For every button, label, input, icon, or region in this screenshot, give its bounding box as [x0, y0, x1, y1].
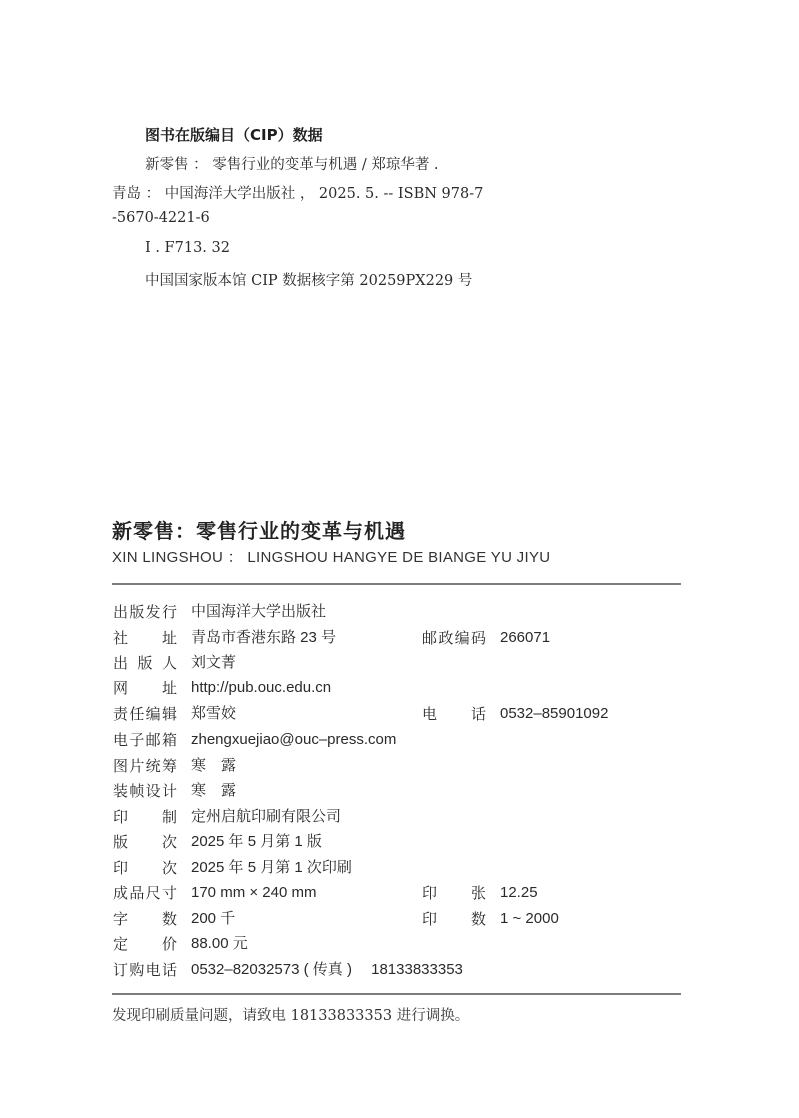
colophon-label: 出版人	[113, 652, 177, 674]
label-char: 次	[162, 831, 177, 853]
label-char: 子	[129, 729, 144, 751]
label-char: 数	[162, 908, 177, 930]
colophon-value: 88.00 元	[191, 933, 248, 955]
colophon-label: 图片统筹	[113, 755, 177, 777]
print-quality-note: 发现印刷质量问题，请致电 18133833353 进行调换。	[112, 1004, 469, 1025]
label-char: 编	[455, 627, 470, 649]
label-char: 印	[113, 857, 128, 879]
label-char: 品	[129, 882, 144, 904]
colophon-value: zhengxuejiao@ouc–press.com	[191, 729, 396, 751]
label-char: 任	[129, 703, 144, 725]
colophon-label: 版次	[113, 831, 177, 853]
label-char: 出	[113, 652, 128, 674]
colophon-label: 出版发行	[113, 601, 177, 623]
book-title-pinyin: XIN LINGSHOU ： LINGSHOU HANGYE DE BIANGE…	[112, 546, 550, 567]
colophon-right-value: 0532–85901092	[500, 703, 608, 725]
label-char: 电	[113, 729, 128, 751]
colophon-value: 0532–82032573 ( 传真 ) 18133833353	[191, 959, 463, 981]
colophon-value: 刘文菁	[191, 652, 236, 674]
label-char: 址	[162, 627, 177, 649]
colophon-value: 2025 年 5 月第 1 版	[191, 831, 322, 853]
divider-bottom	[112, 993, 681, 995]
colophon-value: 200 千	[191, 908, 235, 930]
colophon-value: 青岛市香港东路 23 号	[191, 627, 336, 649]
label-char: 版	[137, 652, 152, 674]
label-char: 政	[438, 627, 453, 649]
cip-line-record-number: 中国国家版本馆 CIP 数据核字第 20259PX229 号	[145, 269, 472, 290]
colophon-label: 印制	[113, 806, 177, 828]
cip-line-title-author: 新零售 ： 零售行业的变革与机遇 / 郑琼华著 .	[145, 153, 439, 174]
cip-line-publisher: 青岛 ： 中国海洋大学出版社 ， 2025. 5. -- ISBN 978-7	[112, 182, 483, 203]
colophon-right-label: 邮政编码	[422, 627, 486, 649]
divider-top	[112, 583, 681, 585]
colophon-value: http://pub.ouc.edu.cn	[191, 677, 331, 699]
label-char: 版	[129, 601, 144, 623]
label-char: 人	[162, 652, 177, 674]
label-char: 印	[422, 908, 437, 930]
label-char: 出	[113, 601, 128, 623]
label-char: 网	[113, 677, 128, 699]
colophon-value: 寒 露	[191, 780, 236, 802]
colophon-value: 定州启航印刷有限公司	[191, 806, 341, 828]
label-char: 码	[471, 627, 486, 649]
label-char: 辑	[162, 703, 177, 725]
colophon-value: 170 mm × 240 mm	[191, 882, 316, 904]
label-char: 址	[162, 677, 177, 699]
label-char: 责	[113, 703, 128, 725]
colophon-value: 郑雪姣	[191, 703, 236, 725]
colophon-label: 印次	[113, 857, 177, 879]
colophon-right-value: 12.25	[500, 882, 538, 904]
colophon-right-label: 印数	[422, 908, 486, 930]
label-char: 印	[113, 806, 128, 828]
label-char: 行	[162, 601, 177, 623]
label-char: 话	[162, 959, 177, 981]
label-char: 电	[422, 703, 437, 725]
label-char: 制	[162, 806, 177, 828]
colophon-value: 2025 年 5 月第 1 次印刷	[191, 857, 352, 879]
cip-line-isbn-cont: -5670-4221-6	[112, 210, 210, 226]
label-char: 统	[146, 755, 161, 777]
label-char: 图	[113, 755, 128, 777]
label-char: 张	[471, 882, 486, 904]
colophon-right-label: 电话	[422, 703, 486, 725]
colophon-label: 装帧设计	[113, 780, 177, 802]
label-char: 定	[113, 933, 128, 955]
colophon-value: 中国海洋大学出版社	[191, 601, 326, 623]
label-char: 筹	[162, 755, 177, 777]
label-char: 邮	[146, 729, 161, 751]
label-char: 购	[129, 959, 144, 981]
label-char: 邮	[422, 627, 437, 649]
label-char: 价	[162, 933, 177, 955]
colophon-label: 电子邮箱	[113, 729, 177, 751]
colophon-label: 社址	[113, 627, 177, 649]
label-char: 计	[162, 780, 177, 802]
label-char: 数	[471, 908, 486, 930]
label-char: 话	[471, 703, 486, 725]
label-char: 社	[113, 627, 128, 649]
colophon-right-value: 266071	[500, 627, 550, 649]
label-char: 成	[113, 882, 128, 904]
label-char: 箱	[162, 729, 177, 751]
label-char: 帧	[129, 780, 144, 802]
label-char: 订	[113, 959, 128, 981]
colophon-right-value: 1 ~ 2000	[500, 908, 559, 930]
colophon-label: 网址	[113, 677, 177, 699]
book-title: 新零售：零售行业的变革与机遇	[112, 515, 406, 544]
colophon-label: 字数	[113, 908, 177, 930]
cip-heading: 图书在版编目（CIP）数据	[145, 124, 323, 145]
cip-line-classification: Ⅰ . F713. 32	[145, 240, 230, 256]
label-char: 寸	[162, 882, 177, 904]
colophon-label: 定价	[113, 933, 177, 955]
colophon-label: 责任编辑	[113, 703, 177, 725]
label-char: 片	[129, 755, 144, 777]
colophon-label: 订购电话	[113, 959, 177, 981]
label-char: 字	[113, 908, 128, 930]
label-char: 设	[146, 780, 161, 802]
colophon-label: 成品尺寸	[113, 882, 177, 904]
label-char: 次	[162, 857, 177, 879]
colophon-right-label: 印张	[422, 882, 486, 904]
label-char: 装	[113, 780, 128, 802]
label-char: 发	[146, 601, 161, 623]
label-char: 编	[146, 703, 161, 725]
colophon-value: 寒 露	[191, 755, 236, 777]
label-char: 印	[422, 882, 437, 904]
label-char: 尺	[146, 882, 161, 904]
label-char: 电	[146, 959, 161, 981]
label-char: 版	[113, 831, 128, 853]
